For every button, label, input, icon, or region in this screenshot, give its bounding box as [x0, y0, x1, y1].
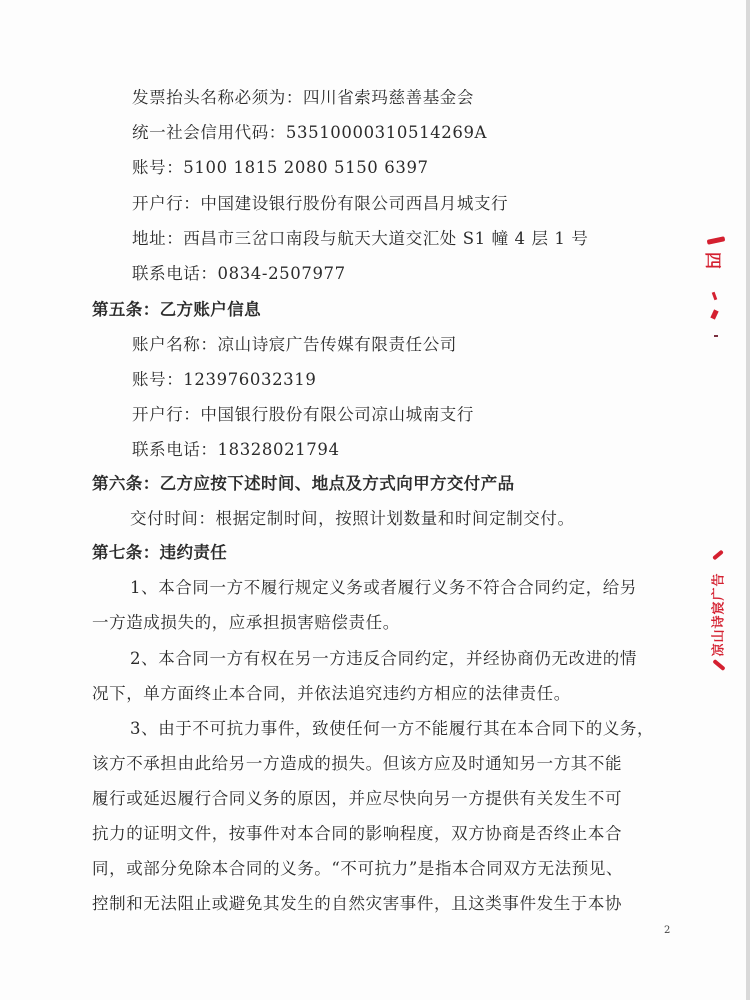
seal-stroke: [714, 335, 718, 337]
document-page: 发票抬头名称必须为：四川省索玛慈善基金会 统一社会信用代码：5351000031…: [0, 0, 750, 1000]
article5-heading: 第五条：乙方账户信息: [92, 300, 261, 320]
article7-line: 该方不承担由此给另一方造成的损失。但该方应及时通知另一方其不能: [92, 754, 622, 774]
article5-bank-line: 开户行：中国银行股份有限公司凉山城南支行: [132, 405, 474, 425]
credit-code-line: 统一社会信用代码：53510000310514269A: [132, 123, 487, 143]
article5-account-line: 账号：123976032319: [132, 370, 316, 390]
invoice-account-line: 账号：5100 1815 2080 5150 6397: [132, 158, 429, 178]
article7-line: 履行或延迟履行合同义务的原因，并应尽快向另一方提供有关发生不可: [92, 789, 622, 809]
seal-fragment-top: 四: [705, 230, 725, 350]
article5-account-name-line: 账户名称：凉山诗宸广告传媒有限责任公司: [132, 335, 457, 355]
invoice-bank-line: 开户行：中国建设银行股份有限公司西昌月城支行: [132, 194, 508, 214]
article7-line: 同，或部分免除本合同的义务。“不可抗力”是指本合同双方无法预见、: [92, 859, 623, 879]
page-edge-shadow: [746, 0, 750, 1000]
invoice-title-line: 发票抬头名称必须为：四川省索玛慈善基金会: [132, 88, 474, 108]
article7-line: 一方造成损失的，应承担损害赔偿责任。: [92, 613, 400, 633]
invoice-phone-line: 联系电话：0834-2507977: [132, 264, 346, 284]
page-number: 2: [664, 925, 670, 936]
article6-delivery-line: 交付时间：根据定制时间，按照计划数量和时间定制交付。: [130, 509, 575, 529]
seal-stroke: [710, 309, 718, 319]
article7-line: 抗力的证明文件，按事件对本合同的影响程度，双方协商是否终止本合: [92, 824, 622, 844]
invoice-address-line: 地址：西昌市三岔口南段与航天大道交汇处 S1 幢 4 层 1 号: [132, 229, 588, 249]
article5-phone-line: 联系电话：18328021794: [132, 440, 340, 460]
article7-line: 2、本合同一方有权在另一方违反合同约定，并经协商仍无改进的情: [130, 649, 637, 669]
seal-glyph: 四: [702, 252, 727, 269]
article7-line: 况下，单方面终止本合同，并依法追究违约方相应的法律责任。: [92, 684, 571, 704]
seal-fragment-middle: 凉山诗宸广告: [706, 553, 728, 673]
seal-text: 凉山诗宸广告: [708, 560, 727, 670]
article7-line: 1、本合同一方不履行规定义务或者履行义务不符合合同约定，给另: [130, 578, 637, 598]
seal-stroke: [707, 236, 726, 245]
article7-line: 3、由于不可抗力事件，致使任何一方不能履行其在本合同下的义务，: [130, 719, 654, 739]
article7-line: 控制和无法阻止或避免其发生的自然灾害事件，且这类事件发生于本协: [92, 894, 622, 914]
seal-stroke: [712, 292, 718, 301]
article7-heading: 第七条：违约责任: [92, 543, 227, 563]
article6-heading: 第六条：乙方应按下述时间、地点及方式向甲方交付产品: [92, 474, 515, 494]
